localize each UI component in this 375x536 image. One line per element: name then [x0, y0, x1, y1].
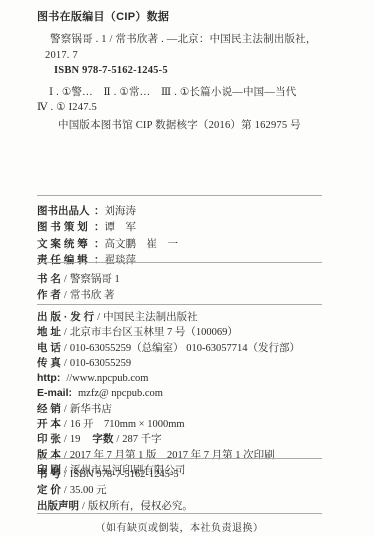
- row-label: E-mail:: [37, 387, 72, 399]
- row-label: 书 号: [37, 468, 61, 480]
- row-separator: /: [64, 290, 67, 301]
- row-label: 开 本: [37, 418, 61, 430]
- pricing-row: 书 号/ISBN 978-7-5162-1245-5: [37, 466, 193, 482]
- staff-row: 责 任 编 辑：翟琰萍: [37, 252, 178, 268]
- row-label: 字数: [92, 433, 113, 445]
- staff-row: 文 案 统 筹：高文鹏 崔 一: [37, 236, 178, 252]
- row-label: 传 真: [37, 357, 61, 369]
- row-separator: /: [64, 404, 67, 415]
- row-separator: /: [116, 434, 119, 445]
- row-value: 新华书店: [70, 404, 112, 415]
- pricing-row: 定 价/35.00 元: [37, 482, 193, 498]
- staff-credits: 图书出品人：刘海涛 图 书 策 划：谭 军 文 案 统 筹：高文鹏 崔 一 责 …: [37, 203, 178, 269]
- row-value: 010-63055259（总编室） 010-63057714（发行部）: [70, 343, 300, 354]
- horizontal-rule: [37, 262, 322, 263]
- row-label: 印 张: [37, 433, 61, 445]
- publication-row: 地 址/北京市丰台区玉林里 7 号（100069）: [37, 324, 300, 339]
- pricing-info: 书 号/ISBN 978-7-5162-1245-5 定 价/35.00 元 出…: [37, 466, 193, 514]
- horizontal-rule: [37, 458, 322, 459]
- row-label: 地 址: [37, 326, 61, 338]
- publication-info: 出 版 · 发 行/中国民主法制出版社 地 址/北京市丰台区玉林里 7 号（10…: [37, 309, 300, 477]
- row-value: 287 千字: [122, 434, 161, 445]
- row-separator: ：: [94, 205, 105, 217]
- row-separator: /: [64, 434, 67, 445]
- cip-date-line: 2017. 7: [37, 48, 335, 64]
- row-label: 出版声明: [37, 500, 79, 512]
- row-separator: /: [64, 327, 67, 338]
- row-label: http:: [37, 372, 60, 384]
- row-separator: /: [64, 274, 67, 285]
- row-value: 警察锅哥 1: [70, 274, 120, 285]
- row-value: 北京市丰台区玉林里 7 号（100069）: [70, 327, 238, 338]
- row-label: 作 者: [37, 289, 61, 301]
- publication-row: 电 话/010-63055259（总编室） 010-63057714（发行部）: [37, 340, 300, 355]
- row-value: 16 开 710mm × 1000mm: [70, 419, 185, 430]
- row-separator: /: [64, 358, 67, 369]
- row-separator: /: [64, 485, 67, 496]
- horizontal-rule: [37, 513, 322, 514]
- row-separator: /: [97, 312, 100, 323]
- publication-row: E-mail:mzfz@ npcpub.com: [37, 385, 300, 400]
- row-separator: ：: [94, 254, 105, 266]
- book-info: 书 名/警察锅哥 1 作 者/常书欣 著: [37, 271, 120, 303]
- publication-row: http://www.npcpub.com: [37, 370, 300, 385]
- cip-description: 警察锅哥 . 1 / 常书欣著 . —北京：中国民主法制出版社， 2017. 7…: [37, 32, 335, 133]
- row-value: 2017 年 7 月第 1 版 2017 年 7 月第 1 次印刷: [70, 450, 275, 461]
- pricing-row: 出版声明/版权所有，侵权必究。: [37, 498, 193, 514]
- row-separator: ：: [94, 238, 105, 250]
- publication-row: 印 张/19字数/287 千字: [37, 431, 300, 446]
- row-label: 经 销: [37, 403, 61, 415]
- cip-classification-line-2: Ⅳ . ① I247.5: [37, 100, 335, 116]
- horizontal-rule: [37, 304, 322, 305]
- staff-row: 图 书 策 划：谭 军: [37, 219, 178, 235]
- row-value: 版权所有，侵权必究。: [88, 501, 193, 512]
- row-label: 图 书 策 划: [37, 220, 94, 234]
- row-value: mzfz@ npcpub.com: [78, 388, 163, 399]
- row-separator: /: [64, 450, 67, 461]
- book-row: 作 者/常书欣 著: [37, 287, 120, 303]
- cip-record-line: 中国版本图书馆 CIP 数据核字（2016）第 162975 号: [37, 118, 335, 134]
- footer-note: （如有缺页或倒装，本社负责退换）: [37, 519, 322, 534]
- cip-classification-line-1: Ⅰ . ①警… Ⅱ . ①常… Ⅲ . ①长篇小说—中国—当代: [37, 85, 335, 101]
- book-row: 书 名/警察锅哥 1: [37, 271, 120, 287]
- row-value: 常书欣 著: [70, 290, 115, 301]
- row-label: 书 名: [37, 273, 61, 285]
- row-value: 中国民主法制出版社: [103, 312, 198, 323]
- book-copyright-page: 图书在版编目（CIP）数据 警察锅哥 . 1 / 常书欣著 . —北京：中国民主…: [0, 0, 375, 536]
- row-separator: /: [64, 343, 67, 354]
- row-value: //www.npcpub.com: [66, 373, 148, 384]
- cip-isbn-line: ISBN 978-7-5162-1245-5: [37, 63, 335, 79]
- row-value: ISBN 978-7-5162-1245-5: [70, 469, 179, 480]
- cip-header: 图书在版编目（CIP）数据: [37, 8, 169, 24]
- publication-row: 出 版 · 发 行/中国民主法制出版社: [37, 309, 300, 324]
- row-value: 谭 军: [105, 222, 137, 233]
- horizontal-rule: [37, 195, 322, 196]
- row-label: 图书出品人: [37, 204, 94, 218]
- row-value: 19: [70, 434, 81, 445]
- row-label: 责 任 编 辑: [37, 253, 94, 267]
- row-separator: /: [82, 501, 85, 512]
- row-label: 电 话: [37, 342, 61, 354]
- row-separator: /: [64, 469, 67, 480]
- cip-title-line: 警察锅哥 . 1 / 常书欣著 . —北京：中国民主法制出版社，: [37, 32, 335, 48]
- row-value: 翟琰萍: [105, 255, 137, 266]
- row-separator: ：: [94, 221, 105, 233]
- publication-row: 传 真/010-63055259: [37, 355, 300, 370]
- publication-row: 开 本/16 开 710mm × 1000mm: [37, 416, 300, 431]
- row-value: 高文鹏 崔 一: [105, 239, 179, 250]
- row-separator: /: [64, 419, 67, 430]
- row-label: 出 版 · 发 行: [37, 311, 94, 323]
- row-label: 文 案 统 筹: [37, 237, 94, 251]
- publication-row: 版 本/2017 年 7 月第 1 版 2017 年 7 月第 1 次印刷: [37, 447, 300, 462]
- row-value: 刘海涛: [105, 206, 137, 217]
- row-value: 35.00 元: [70, 485, 107, 496]
- row-label: 定 价: [37, 484, 61, 496]
- row-value: 010-63055259: [70, 358, 131, 369]
- publication-row: 经 销/新华书店: [37, 401, 300, 416]
- staff-row: 图书出品人：刘海涛: [37, 203, 178, 219]
